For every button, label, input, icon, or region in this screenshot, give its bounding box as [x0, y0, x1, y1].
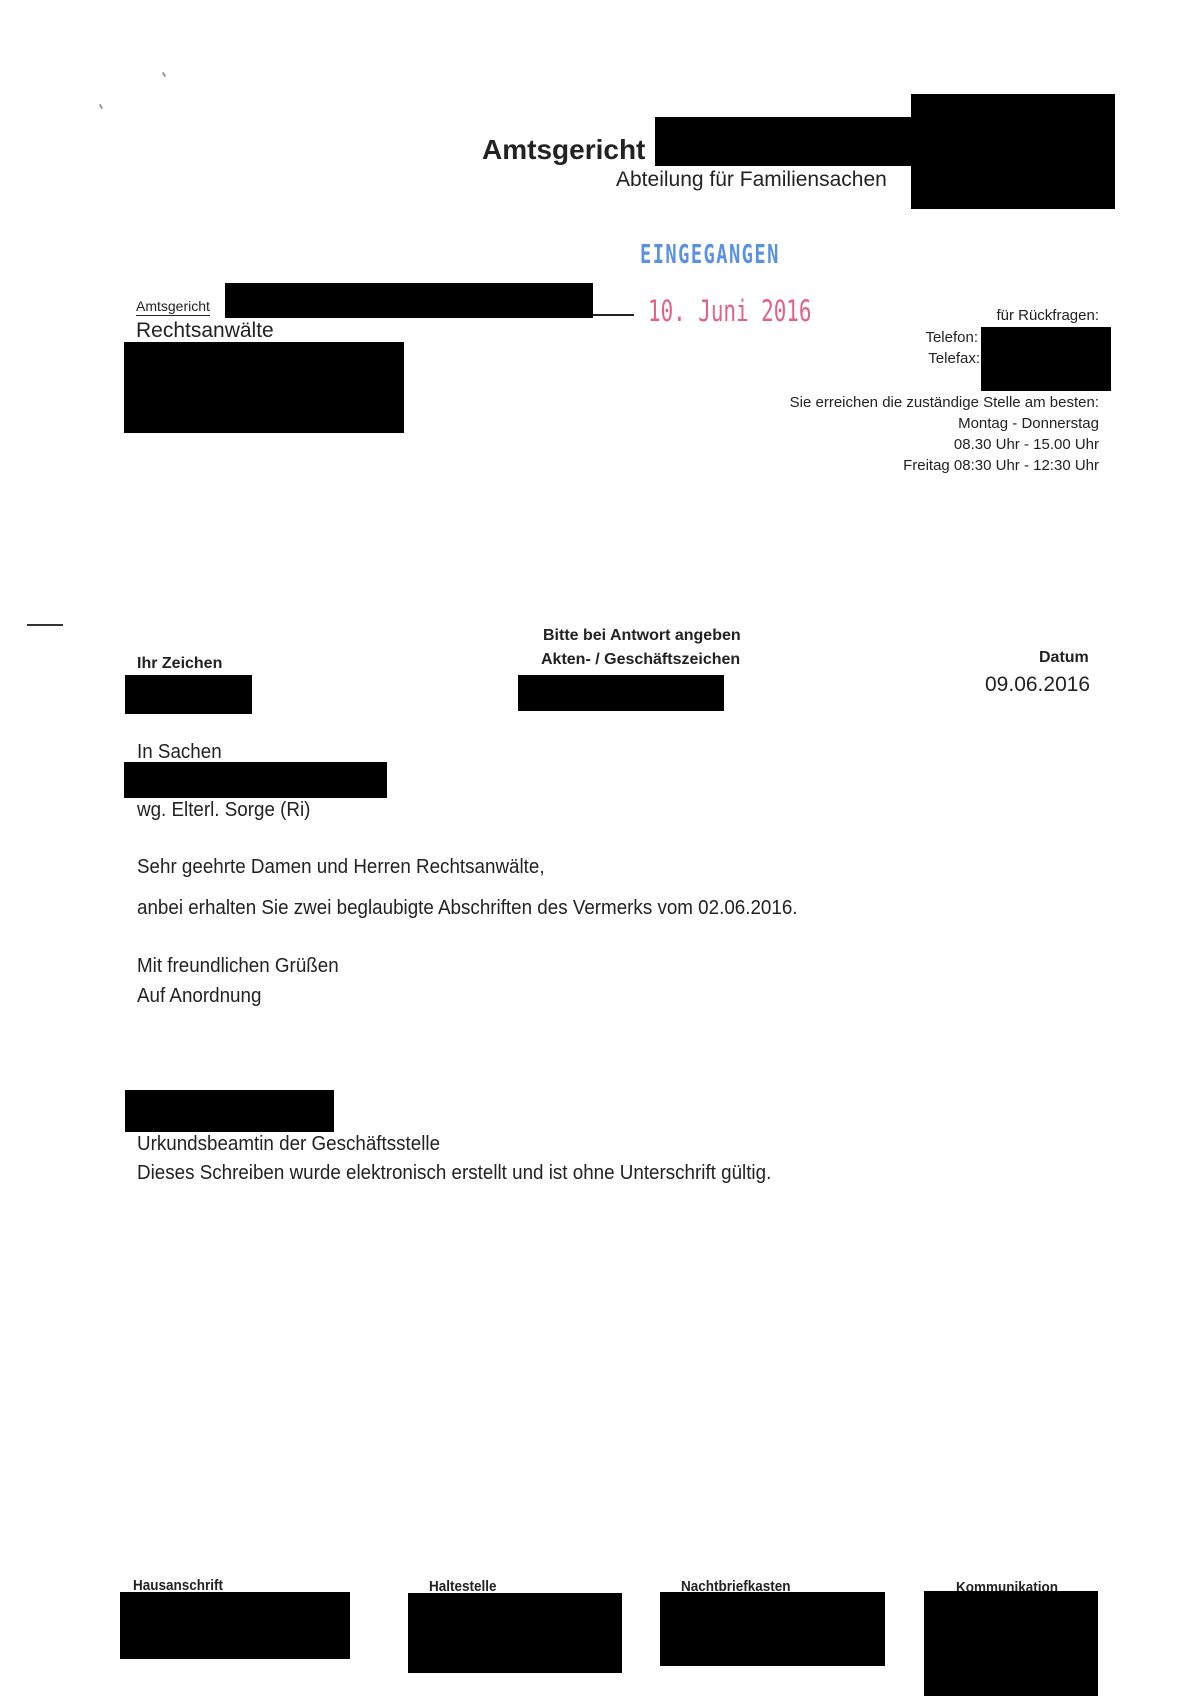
hours-times: 08.30 Uhr - 15.00 Uhr	[954, 436, 1099, 453]
file-reference-label: Akten- / Geschäftszeichen	[541, 651, 740, 669]
fax-label: Telefax:	[900, 350, 980, 367]
message-text: anbei erhalten Sie zwei beglaubigte Absc…	[137, 897, 797, 920]
redacted-signer-name	[125, 1090, 334, 1132]
recipient-name: Rechtsanwälte	[136, 319, 274, 343]
redacted-sender-address	[225, 283, 593, 318]
hours-days: Montag - Donnerstag	[958, 415, 1099, 432]
salutation: Sehr geehrte Damen und Herren Rechtsanwä…	[137, 856, 545, 879]
redacted-recipient-address	[124, 342, 404, 433]
scan-speck	[99, 104, 103, 109]
redacted-night-box	[660, 1592, 885, 1666]
matter-label: In Sachen	[137, 741, 222, 764]
stamp-divider	[590, 314, 634, 316]
sender-return-line: Amtsgericht	[136, 298, 210, 316]
redacted-logo	[911, 94, 1115, 209]
scan-speck	[162, 72, 166, 77]
redacted-file-reference	[518, 675, 724, 711]
your-reference-label: Ihr Zeichen	[137, 655, 222, 673]
phone-label: Telefon:	[900, 329, 978, 346]
court-title: Amtsgericht	[482, 134, 645, 166]
court-department: Abteilung für Familiensachen	[616, 168, 887, 192]
signer-title: Urkundsbeamtin der Geschäftsstelle	[137, 1133, 440, 1156]
redacted-your-reference	[125, 675, 252, 714]
received-stamp-label: EINGEGANGEN	[640, 240, 780, 270]
redacted-address	[120, 1592, 350, 1659]
letter-date: 09.06.2016	[985, 673, 1090, 697]
hours-friday: Freitag 08:30 Uhr - 12:30 Uhr	[903, 457, 1099, 474]
availability-intro: Sie erreichen die zuständige Stelle am b…	[790, 394, 1099, 411]
date-label: Datum	[1039, 649, 1089, 667]
received-stamp-date: 10. Juni 2016	[648, 294, 811, 328]
redacted-stop	[408, 1593, 622, 1673]
redacted-party-names	[124, 762, 387, 798]
redacted-communication	[924, 1591, 1098, 1696]
redacted-phone-fax	[981, 327, 1111, 391]
redacted-court-name	[655, 117, 915, 166]
inquiries-label: für Rückfragen:	[996, 307, 1099, 324]
matter-subject: wg. Elterl. Sorge (Ri)	[137, 799, 310, 822]
validity-note: Dieses Schreiben wurde elektronisch erst…	[137, 1162, 771, 1185]
reply-note: Bitte bei Antwort angeben	[543, 627, 741, 645]
fold-mark	[27, 624, 63, 626]
closing: Mit freundlichen Grüßen	[137, 955, 339, 978]
closing-note: Auf Anordnung	[137, 985, 261, 1008]
